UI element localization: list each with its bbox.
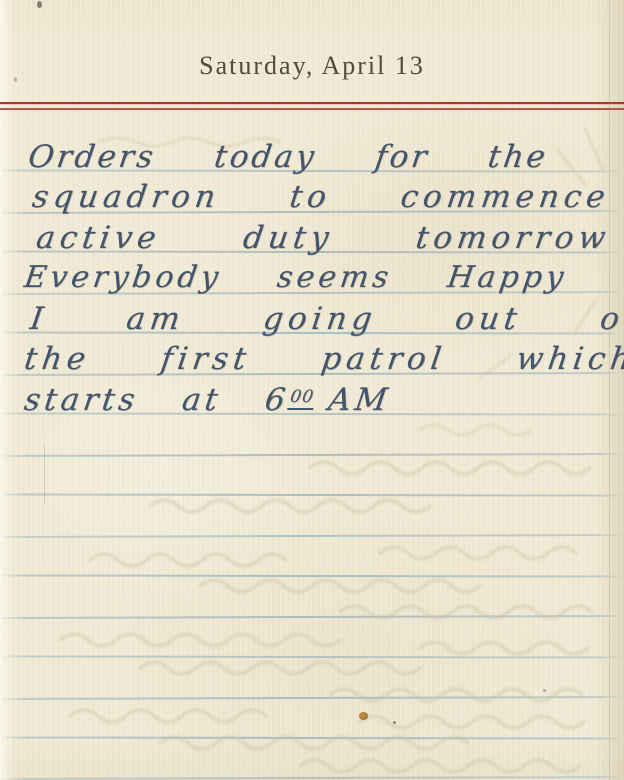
bleed-through-ghost-writing <box>0 0 624 780</box>
red-rule-top <box>0 102 624 104</box>
paper-speck <box>543 689 546 692</box>
ruled-line <box>0 736 624 739</box>
superscript-minutes: 00 <box>287 387 316 410</box>
ruled-line <box>0 615 624 618</box>
ruled-line <box>0 291 624 294</box>
paper-speck <box>37 1 42 8</box>
ruled-line <box>0 453 624 456</box>
red-rule-bottom <box>0 108 624 110</box>
paper-speck <box>14 77 17 82</box>
ruled-line <box>0 210 624 213</box>
date-header: Saturday, April 13 <box>0 51 624 81</box>
ruled-line <box>0 169 624 172</box>
handwritten-entry: Orders today for the squadron to commenc… <box>0 0 624 780</box>
paper-crease <box>44 445 45 503</box>
paper-speck <box>393 721 396 724</box>
ruled-line <box>0 574 624 577</box>
ruled-line <box>0 534 624 537</box>
ruled-line <box>0 412 624 415</box>
ruled-line <box>0 250 624 253</box>
ruled-line <box>0 372 624 375</box>
page-edge-shadow <box>609 0 610 780</box>
ruled-line <box>0 696 624 699</box>
ruled-line <box>0 331 624 334</box>
handwriting-line: Everybody seems Happy <box>22 260 569 295</box>
ruled-line <box>0 776 624 779</box>
diary-page: Saturday, April 13 <box>0 0 624 780</box>
ruled-line <box>0 493 624 496</box>
ruled-line <box>0 655 624 658</box>
foxing-spot <box>359 712 368 720</box>
